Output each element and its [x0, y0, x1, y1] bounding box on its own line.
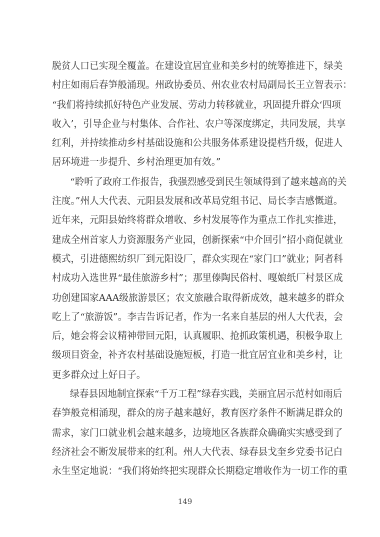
text-line: 居环境进一步提升、乡村治理更加有效。”: [52, 153, 329, 172]
text-line: 收入’，引导企业与村集体、合作社、农户等深度绑定，共同发展，共享: [52, 115, 329, 134]
text-line: 村庄如雨后春笋般涌现。州政协委员、州农业农村局副局长王立智表示：: [52, 76, 329, 95]
text-line: 后，她会将会议精神带回元阳，认真履职、抢抓政策机遇，积极争取上: [52, 327, 329, 346]
text-line: 吃上了“旅游饭”。李吉告诉记者，作为一名来自基层的州人大代表，会: [52, 308, 329, 327]
text-line: 近年来，元阳县始终将群众增收、乡村发展等作为重点工作扎实推进，: [52, 211, 329, 230]
text-line: 绿春县因地制宜探索“千万工程”绿春实践，美丽宜居示范村如雨后: [52, 385, 329, 404]
text-line: 永生坚定地说：“我们将始终把实现群众长期稳定增收作为一切工作的重: [52, 462, 329, 481]
text-line: “聆听了政府工作报告，我强烈感受到民生领域得到了越来越高的关: [52, 173, 329, 192]
paragraph-1: 脱贫人口已实现全覆盖。在建设宜居宜业和美乡村的统筹推进下，绿美 村庄如雨后春笋般…: [52, 57, 329, 173]
text-line: 春笋般竞相涌现，群众的房子越来越好，教育医疗条件不断满足群众的: [52, 404, 329, 423]
text-line: 红利，并持续推动乡村基础设施和公共服务体系建设提档升级，促进人: [52, 134, 329, 153]
text-line: “我们将持续抓好特色产业发展、劳动力转移就业，巩固提升群众‘四项: [52, 96, 329, 115]
text-line: 村成功入选世界“最佳旅游乡村”；那里傣陶民俗村、嘎娘纸厂村景区成: [52, 269, 329, 288]
text-line: 注度。”州人大代表、元阳县发展和改革局党组书记、局长李吉感慨道。: [52, 192, 329, 211]
paragraph-2: “聆听了政府工作报告，我强烈感受到民生领域得到了越来越高的关 注度。”州人大代表…: [52, 173, 329, 385]
text-line: 模式，引进德熙纺织厂到元阳设厂，群众实现在“家门口”就业；阿者科: [52, 250, 329, 269]
text-line: 建成全州首家人力资源服务产业园，创新探索“中介回引”招小商促就业: [52, 231, 329, 250]
text-line: 功创建国家AAA级旅游景区；农文旅融合取得新成效，越来越多的群众: [52, 289, 329, 308]
document-page: 脱贫人口已实现全覆盖。在建设宜居宜业和美乡村的统筹推进下，绿美 村庄如雨后春笋般…: [0, 0, 380, 537]
text-line: 更多群众过上好日子。: [52, 366, 329, 385]
body-text: 脱贫人口已实现全覆盖。在建设宜居宜业和美乡村的统筹推进下，绿美 村庄如雨后春笋般…: [52, 57, 329, 482]
text-line: 级项目资金，补齐农村基础设施短板，打造一批宜居宜业和美乡村，让: [52, 346, 329, 365]
paragraph-3: 绿春县因地制宜探索“千万工程”绿春实践，美丽宜居示范村如雨后 春笋般竞相涌现，群…: [52, 385, 329, 481]
text-line: 经济社会不断发展带来的红利。州人大代表、绿春县戈奎乡党委书记白: [52, 443, 329, 462]
text-line: 脱贫人口已实现全覆盖。在建设宜居宜业和美乡村的统筹推进下，绿美: [52, 57, 329, 76]
page-number: 149: [165, 497, 205, 506]
text-line: 需求，家门口就业机会越来越多，边境地区各族群众确确实实感受到了: [52, 424, 329, 443]
